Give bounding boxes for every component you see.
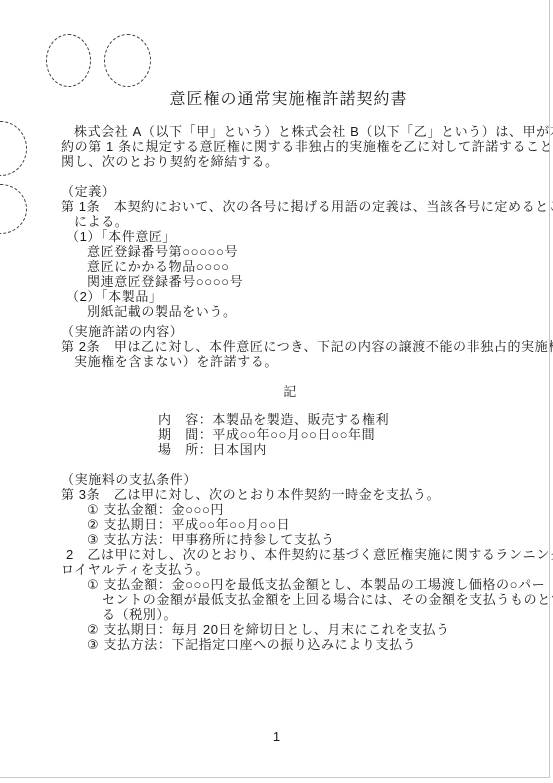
article3-item3: ③ 支払方法：甲事務所に持参して支払う bbox=[61, 532, 519, 547]
page-edge-bottom bbox=[0, 777, 550, 778]
line-gap bbox=[61, 369, 519, 384]
related-design-registration-number: 関連意匠登録番号○○○○号 bbox=[61, 274, 519, 289]
intro-line-2: 約の第 1 条に規定する意匠権に関する非独占的実施権を乙に対して許諾することに bbox=[61, 139, 519, 154]
ki-place: 場 所：日本国内 bbox=[61, 442, 519, 457]
article1-line-2: による。 bbox=[61, 214, 519, 229]
article3-para2-line-2: ロイヤルティを支払う。 bbox=[61, 562, 519, 577]
article1-item2-body: 別紙記載の製品をいう。 bbox=[61, 304, 519, 319]
line-gap bbox=[61, 169, 519, 184]
article3-para2-line-1: 2 乙は甲に対し、次のとおり、本件契約に基づく意匠権実施に関するランニング bbox=[61, 547, 519, 562]
contract-document-page: 意匠権の通常実施権許諾契約書 株式会社 A（以下「甲」という）と株式会社 B（以… bbox=[0, 0, 553, 783]
design-article: 意匠にかかる物品○○○○ bbox=[61, 259, 519, 274]
ki-content: 内 容：本製品を製造、販売する権利 bbox=[61, 412, 519, 427]
line-gap bbox=[61, 457, 519, 472]
article3-item2: ② 支払期日：平成○○年○○月○○日 bbox=[61, 517, 519, 532]
article3-item1: ① 支払金額：金○○○円 bbox=[61, 502, 519, 517]
stamp-placeholder-circle bbox=[104, 34, 151, 87]
stamp-placeholder-circle bbox=[46, 34, 91, 87]
article3-para2-item2: ② 支払期日：毎月 20日を締切日とし、月末にこれを支払う bbox=[61, 622, 519, 637]
ki-period: 期 間：平成○○年○○月○○日○○年間 bbox=[61, 427, 519, 442]
article3-para2-item3: ③ 支払方法：下記指定口座への振り込みにより支払う bbox=[61, 637, 519, 652]
article1-item1-title: （1）「本件意匠」 bbox=[61, 229, 519, 244]
article3-para2-item1-line-3: る（税別）。 bbox=[61, 607, 519, 622]
design-registration-number: 意匠登録番号第○○○○○号 bbox=[61, 244, 519, 259]
article2-line-2: 実施権を含まない）を許諾する。 bbox=[61, 354, 519, 369]
intro-line-3: 関し、次のとおり契約を締結する。 bbox=[61, 154, 519, 169]
ki-heading: 記 bbox=[61, 384, 519, 399]
article3-para2-item1-line-2: セントの金額が最低支払金額を上回る場合には、その金額を支払うものとす bbox=[61, 592, 519, 607]
intro-line-1: 株式会社 A（以下「甲」という）と株式会社 B（以下「乙」という）は、甲が本契 bbox=[61, 124, 519, 139]
article1-line-1: 第 1条 本契約において、次の各号に掲げる用語の定義は、当該各号に定めるところ bbox=[61, 199, 519, 214]
document-lines: 株式会社 A（以下「甲」という）と株式会社 B（以下「乙」という）は、甲が本契約… bbox=[61, 124, 519, 652]
article3-para2-item1-line-1: ① 支払金額：金○○○円を最低支払金額とし、本製品の工場渡し価格の○パー bbox=[61, 577, 519, 592]
article2-line-1: 第 2条 甲は乙に対し、本件意匠につき、下記の内容の譲渡不能の非独占的実施権（再 bbox=[61, 339, 519, 354]
section-heading-license: （実施許諾の内容） bbox=[61, 324, 519, 339]
document-title: 意匠権の通常実施権許諾契約書 bbox=[61, 86, 516, 109]
article1-item2-title: （2）「本製品」 bbox=[61, 289, 519, 304]
section-heading-payment: （実施料の支払条件） bbox=[61, 472, 519, 487]
article3-line-1: 第 3条 乙は甲に対し、次のとおり本件契約一時金を支払う。 bbox=[61, 487, 519, 502]
page-number: 1 bbox=[0, 729, 553, 744]
left-edge-stamp-circle bbox=[0, 121, 27, 176]
line-gap bbox=[61, 399, 519, 412]
section-heading-definition: （定義） bbox=[61, 184, 519, 199]
left-edge-stamp-circle bbox=[0, 184, 27, 234]
page-edge-right bbox=[549, 0, 550, 778]
